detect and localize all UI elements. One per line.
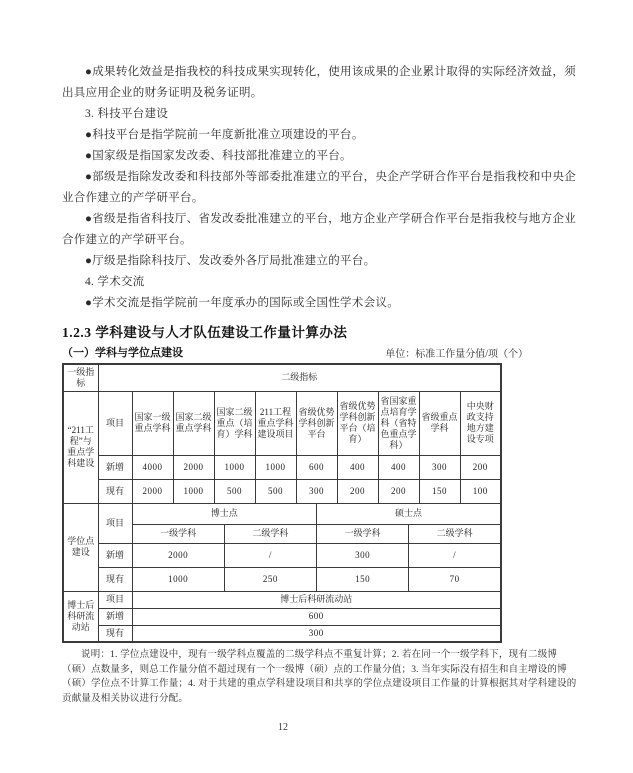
- body-paragraph: ●国家级是指国家发改委、科技部批准建立的平台。: [62, 146, 578, 167]
- table-value: 100: [460, 479, 501, 503]
- body-paragraph: ●科技平台是指学院前一年度新批准立项建设的平台。: [62, 125, 578, 146]
- row-label: 现有: [98, 625, 132, 642]
- column-header: 省国家重点培育学科（省特色重点学科）: [378, 391, 419, 455]
- table-value: 1000: [255, 455, 296, 479]
- section2-project-label: 项目: [98, 503, 132, 543]
- table-value: 1000: [132, 567, 224, 591]
- page-number: 12: [0, 722, 566, 733]
- column-header: 国家一级重点学科: [132, 391, 173, 455]
- table-value: 150: [317, 567, 409, 591]
- second-level-indicator-header: 二级指标: [98, 364, 501, 391]
- table-value: 250: [224, 567, 316, 591]
- column-header: 省级优势学科创新平台（培育）: [337, 391, 378, 455]
- table-unit-note: 单位：标准工作量分值/项（个）: [385, 345, 528, 360]
- row-label: 新增: [98, 455, 132, 479]
- table-value: 300: [317, 543, 409, 567]
- table-value: 600: [132, 608, 501, 625]
- subcolumn-header: 一级学科: [317, 524, 409, 543]
- table-value: 500: [214, 479, 255, 503]
- section3-project-label: 项目: [98, 591, 132, 608]
- column-header: 中央财政支持地方建设专项: [460, 391, 501, 455]
- page-content: ●成果转化效益是指我校的科技成果实现转化，使用该成果的企业累计取得的实际经济效益…: [62, 62, 578, 706]
- table-value: 1000: [173, 479, 214, 503]
- table-value: 400: [337, 455, 378, 479]
- table-notes: 说明：1. 学位点建设中，现有一级学科点覆盖的二级学科点不重复计算；2. 若在同…: [62, 648, 578, 706]
- table-value: 200: [337, 479, 378, 503]
- table-value: 4000: [132, 455, 173, 479]
- row-label: 新增: [98, 608, 132, 625]
- section3-row-header: 博士后科研流动站: [63, 591, 98, 642]
- table-value: 200: [378, 479, 419, 503]
- table-value: 500: [255, 479, 296, 503]
- table-value: 200: [460, 455, 501, 479]
- table-value: 2000: [132, 479, 173, 503]
- table-value: 1000: [214, 455, 255, 479]
- table-value: 70: [409, 567, 501, 591]
- column-header: 211工程重点学科建设项目: [255, 391, 296, 455]
- body-paragraph: ●成果转化效益是指我校的科技成果实现转化，使用该成果的企业累计取得的实际经济效益…: [62, 62, 578, 104]
- table-value: 2000: [173, 455, 214, 479]
- table-value: 300: [132, 625, 501, 642]
- body-text-block: ●成果转化效益是指我校的科技成果实现转化，使用该成果的企业累计取得的实际经济效益…: [62, 62, 578, 314]
- table-caption: （一）学科与学位点建设: [62, 344, 183, 360]
- column-header: 省级优势学科创新平台: [296, 391, 337, 455]
- body-paragraph: ●学术交流是指学院前一年度承办的国际或全国性学术会议。: [62, 293, 578, 314]
- body-paragraph: ●省级是指省科技厅、省发改委批准建立的平台，地方企业产学研合作平台是指我校与地方…: [62, 209, 578, 251]
- column-header: 国家二级重点（培育）学科: [214, 391, 255, 455]
- column-header: 省级重点学科: [419, 391, 460, 455]
- subcolumn-header: 二级学科: [409, 524, 501, 543]
- section-heading: 1.2.3 学科建设与人才队伍建设工作量计算办法: [62, 321, 578, 341]
- table-value: 150: [419, 479, 460, 503]
- body-paragraph: 4. 学术交流: [62, 272, 578, 293]
- row-label: 现有: [98, 479, 132, 503]
- table-value: /: [409, 543, 501, 567]
- column-header: 国家二级重点学科: [173, 391, 214, 455]
- section3-project-value: 博士后科研流动站: [132, 591, 501, 608]
- row-label: 新增: [98, 543, 132, 567]
- section2-row-header: 学位点建设: [63, 503, 98, 591]
- row-label: 现有: [98, 567, 132, 591]
- table-value: /: [224, 543, 316, 567]
- body-paragraph: 3. 科技平台建设: [62, 104, 578, 125]
- workload-table: 一级指标 二级指标 “211工程”与重点学科建设 项目 国家一级重点学科 国家二…: [62, 363, 502, 643]
- table-value: 400: [378, 455, 419, 479]
- table-value: 300: [296, 479, 337, 503]
- table-caption-row: （一）学科与学位点建设 单位：标准工作量分值/项（个）: [62, 344, 528, 360]
- body-paragraph: ●部级是指除发改委和科技部外等部委批准建立的平台，央企产学研合作平台是指我校和中…: [62, 167, 578, 209]
- group-header: 博士点: [132, 503, 317, 524]
- section1-project-label: 项目: [98, 391, 132, 455]
- group-header: 硕士点: [317, 503, 502, 524]
- section1-row-header: “211工程”与重点学科建设: [63, 391, 98, 503]
- body-paragraph: ●厅级是指除科技厅、发改委外各厅局批准建立的平台。: [62, 251, 578, 272]
- table-value: 300: [419, 455, 460, 479]
- table-value: 600: [296, 455, 337, 479]
- subcolumn-header: 一级学科: [132, 524, 224, 543]
- subcolumn-header: 二级学科: [224, 524, 316, 543]
- table-value: 2000: [132, 543, 224, 567]
- first-level-indicator-header: 一级指标: [63, 364, 98, 391]
